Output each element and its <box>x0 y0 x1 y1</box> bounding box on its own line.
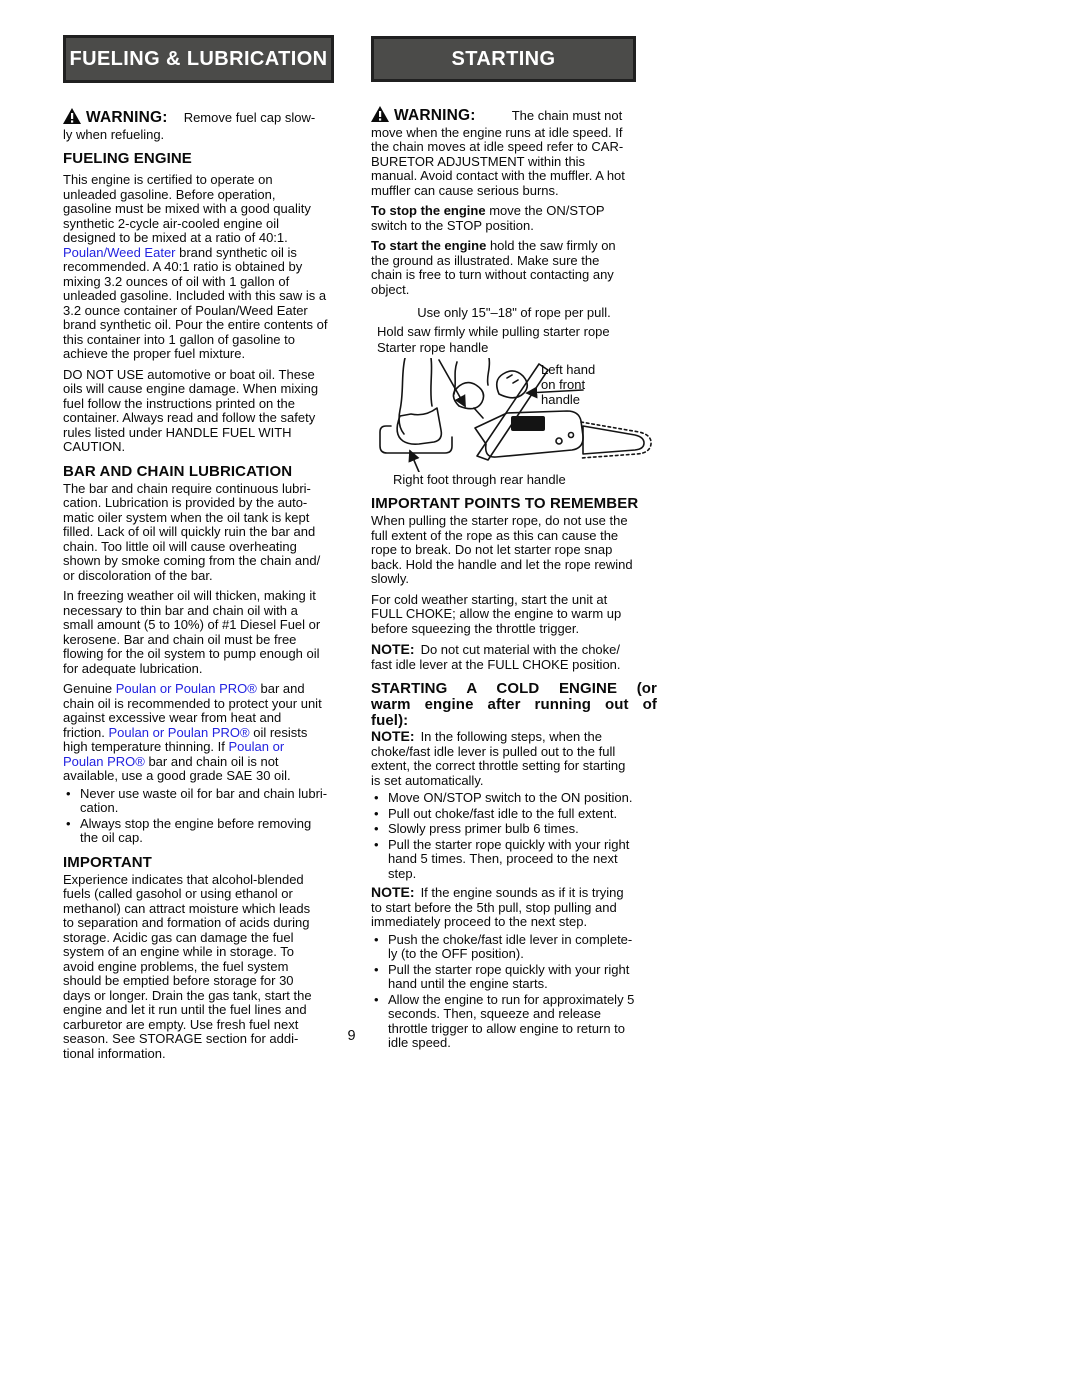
column-fueling-lubrication: WARNING:Remove fuel cap slow- ly when re… <box>63 106 351 1061</box>
warning-paragraph: WARNING:The chain must not move when the… <box>371 106 657 198</box>
brand-link-poulan-pro-1[interactable]: Poulan or Poulan PRO® <box>116 681 257 696</box>
heading-important: IMPORTANT <box>63 855 351 871</box>
note-label: NOTE: <box>371 728 415 744</box>
manual-page: FUELING & LUBRICATION STARTING WARNING:R… <box>0 0 1080 1397</box>
hold-saw-note: Hold saw firmly while pulling starter ro… <box>377 325 657 340</box>
para-text: For cold weather starting, start the uni… <box>371 592 621 636</box>
para-note-5th-pull: NOTE:If the engine sounds as if it is tr… <box>371 885 657 930</box>
para-text: DO NOT USE automotive or boat oil. These… <box>63 367 318 455</box>
arrow-starter-rope-handle <box>439 360 465 406</box>
list-item: Pull the starter rope quickly with your … <box>371 838 657 882</box>
section-banner-fueling-lubrication: FUELING & LUBRICATION <box>63 35 334 83</box>
bold-lead: To start the engine <box>371 238 486 253</box>
para-bar-chain-1: The bar and chain require continuous lub… <box>63 482 351 584</box>
list-item: Pull the starter rope quickly with your … <box>371 963 657 992</box>
heading-fueling-engine: FUELING ENGINE <box>63 151 351 167</box>
figure-label-right-foot: Right foot through rear handle <box>393 473 657 488</box>
section-banner-starting: STARTING <box>371 36 636 82</box>
heading-starting-cold-engine: STARTING A COLD ENGINE (or warm engine a… <box>371 681 657 729</box>
para-note-steps: NOTE:In the following steps, when the ch… <box>371 729 657 788</box>
para-note-choke: NOTE:Do not cut material with the choke/… <box>371 642 657 672</box>
list-item: Move ON/STOP switch to the ON position. <box>371 791 657 806</box>
list-item: Slowly press primer bulb 6 times. <box>371 822 657 837</box>
para-start-engine: To start the engine hold the saw firmly … <box>371 239 657 297</box>
para-text: brand synthetic oil is recommended. A 40… <box>63 245 328 362</box>
warning-triangle-icon <box>371 106 389 126</box>
bullet-list-start-steps-1: Move ON/STOP switch to the ON position. … <box>371 791 657 881</box>
bullet-list-oil: Never use waste oil for bar and chain lu… <box>63 787 351 846</box>
list-item: Always stop the engine before removing t… <box>63 817 351 846</box>
column-starting: WARNING:The chain must not move when the… <box>371 104 657 1052</box>
para-points-1: When pulling the starter rope, do not us… <box>371 514 657 587</box>
chainsaw-drawing <box>371 358 654 472</box>
note-label: NOTE: <box>371 884 415 900</box>
para-points-2: For cold weather starting, start the uni… <box>371 593 657 637</box>
para-text: Genuine <box>63 681 116 696</box>
para-text: This engine is certified to operate on u… <box>63 172 311 245</box>
brand-link-poulan-weed-eater[interactable]: Poulan/Weed Eater <box>63 245 176 260</box>
heading-bar-chain-lubrication: BAR AND CHAIN LUBRICATION <box>63 464 351 480</box>
list-item: Never use waste oil for bar and chain lu… <box>63 787 351 816</box>
para-bar-chain-3: Genuine Poulan or Poulan PRO® bar and ch… <box>63 682 351 784</box>
para-stop-engine: To stop the engine move the ON/STOP swit… <box>371 204 657 233</box>
chainsaw-starting-illustration: Left hand on front handle <box>371 358 654 472</box>
figure-label-starter-rope-handle: Starter rope handle <box>377 341 657 356</box>
warning-label: WARNING: <box>394 107 476 124</box>
section-banner-title: STARTING <box>452 48 556 71</box>
brand-link-poulan-pro-2[interactable]: Poulan or Poulan PRO® <box>109 725 250 740</box>
heading-important-points: IMPORTANT POINTS TO REMEMBER <box>371 496 657 512</box>
para-text: When pulling the starter rope, do not us… <box>371 513 633 586</box>
para-text: The bar and chain require continuous lub… <box>63 481 320 583</box>
warning-label: WARNING: <box>86 109 168 126</box>
page-number: 9 <box>63 1028 640 1044</box>
para-do-not-use: DO NOT USE automotive or boat oil. These… <box>63 368 351 455</box>
list-item: Push the choke/fast idle lever in comple… <box>371 933 657 962</box>
figure-label-left-hand: Left hand on front handle <box>541 362 595 407</box>
note-label: NOTE: <box>371 641 415 657</box>
warning-triangle-icon <box>63 108 81 128</box>
section-banner-title: FUELING & LUBRICATION <box>69 48 327 71</box>
para-fueling-engine: This engine is certified to operate on u… <box>63 173 351 362</box>
bold-lead: To stop the engine <box>371 203 486 218</box>
warning-paragraph: WARNING:Remove fuel cap slow- ly when re… <box>63 108 351 142</box>
list-item: Pull out choke/fast idle to the full ext… <box>371 807 657 822</box>
para-text: In freezing weather oil will thicken, ma… <box>63 588 320 676</box>
para-bar-chain-2: In freezing weather oil will thicken, ma… <box>63 589 351 676</box>
arrow-right-foot <box>410 451 419 472</box>
rope-length-note: Use only 15"–18" of rope per pull. <box>371 306 657 321</box>
